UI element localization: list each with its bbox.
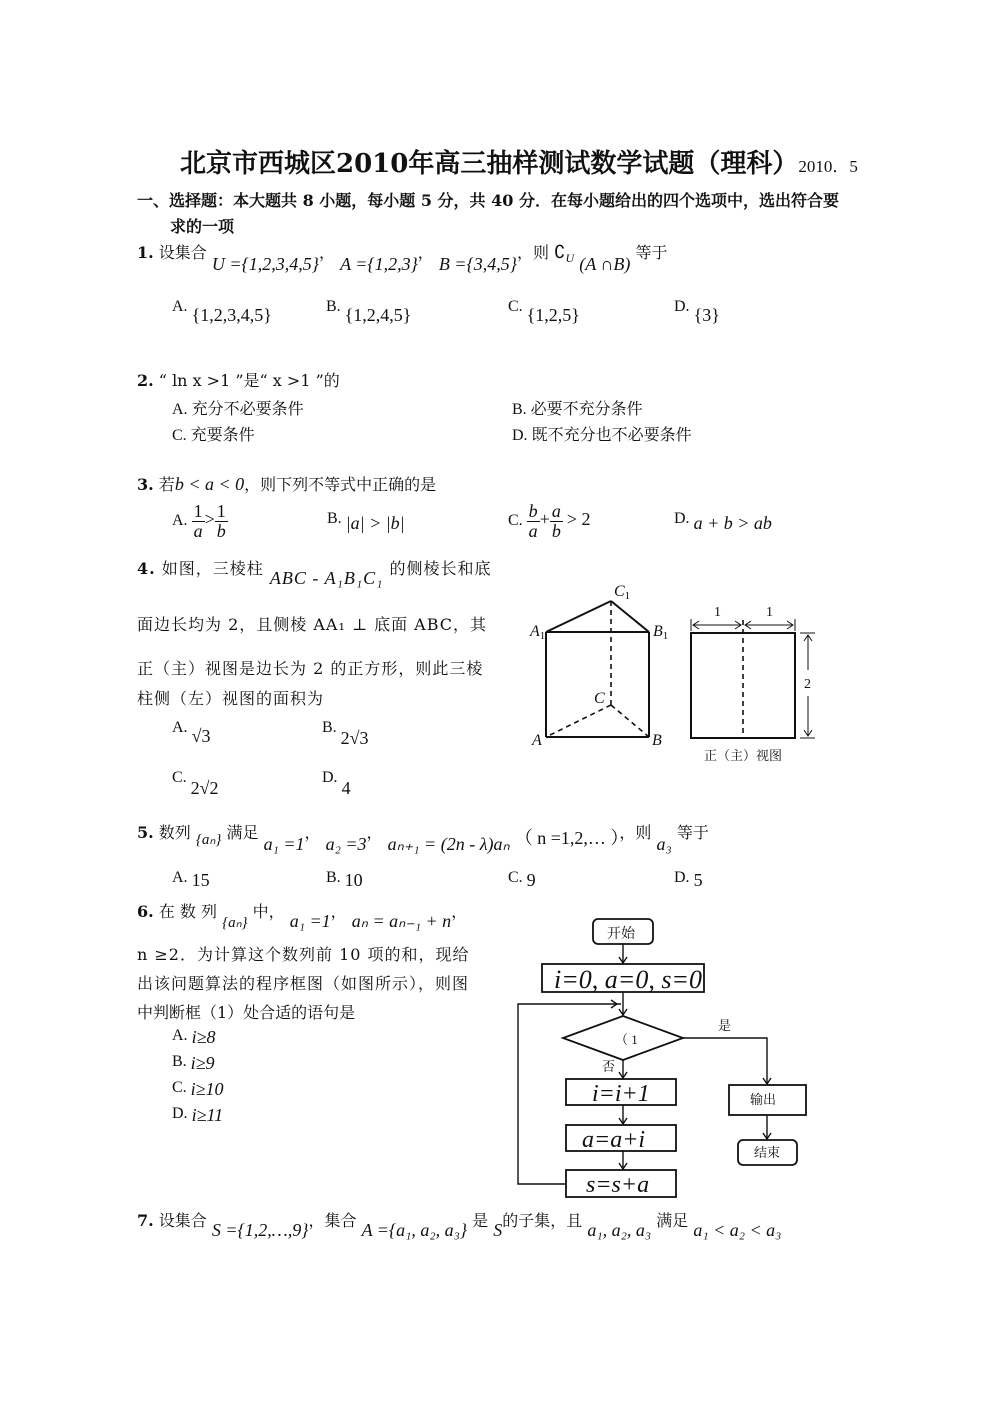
q6-option-c[interactable]: C. i≥10 <box>172 1076 224 1097</box>
stem-text: ，则 <box>517 243 549 262</box>
step-2-label: a=a+i <box>582 1127 645 1153</box>
intersection-expr: (A ∩B) <box>579 254 630 274</box>
option-label: B. <box>326 298 341 315</box>
numerator: 1 <box>192 502 205 522</box>
option-value: 9 <box>527 870 536 890</box>
recurrence-expr: aₙ₊₁ = (2n - λ)aₙ <box>388 834 510 854</box>
numerator: 1 <box>215 502 228 522</box>
front-view-width-left: 1 <box>714 605 721 620</box>
question-7-stem: 7. 设集合 S ={1,2,…,9}，集合 A ={a₁, a₂, a₃} 是… <box>137 1208 781 1231</box>
stem-text: ，则 <box>619 823 651 842</box>
option-label: C. <box>508 869 523 886</box>
question-1-stem: 1. 设集合 U ={1,2,3,4,5}， A ={1,2,3}， B ={3… <box>137 240 668 266</box>
q3-option-d[interactable]: D. a + b > ab <box>674 507 772 528</box>
operator: > <box>205 509 215 529</box>
option-value: {1,2,4,5} <box>345 305 412 325</box>
question-6-line3: 出该问题算法的程序框图（如图所示），则图 <box>137 971 469 994</box>
front-view-width-right: 1 <box>766 605 773 620</box>
option-label: C. <box>172 1079 187 1096</box>
stem-text: 在 数 列 <box>159 902 217 921</box>
output-label: 输出 <box>750 1092 776 1108</box>
question-number: 6. <box>137 902 154 921</box>
option-label: B. <box>172 1053 187 1070</box>
question-number: 7. <box>137 1211 154 1230</box>
q4-option-b[interactable]: B. 2√3 <box>322 716 369 737</box>
denominator: b <box>217 522 226 541</box>
init-label: i=0, a=0, s=0 <box>554 965 702 994</box>
q3-option-c[interactable]: C. ba+ab > 2 <box>508 502 590 541</box>
front-view-height: 2 <box>804 677 811 692</box>
q1-option-c[interactable]: C. {1,2,5} <box>508 295 580 316</box>
prism-figure: C1 A1 B1 C A B 1 1 2 正（主）视图 <box>520 580 840 770</box>
label-B1: B1 <box>653 623 668 642</box>
set-S-ref: S <box>493 1220 502 1240</box>
option-label: D. <box>674 869 690 886</box>
question-2-stem: 2. “ ln x >1 ”是“ x >1 ”的 <box>137 368 340 391</box>
question-4-line4: 柱侧（左）视图的面积为 <box>137 686 324 709</box>
label-A: A <box>531 732 542 749</box>
stem-text: 如图，三棱柱 <box>162 559 264 578</box>
question-number: 5. <box>137 823 154 842</box>
option-value: √3 <box>192 726 211 746</box>
stem-text: 等于 <box>677 823 709 842</box>
stem-text: ，则下列不等式中正确的是 <box>244 475 436 494</box>
option-value: {3} <box>694 305 720 325</box>
question-4-line3: 正（主）视图是边长为 2 的正方形，则此三棱 <box>137 656 483 679</box>
fraction: 1b <box>215 502 228 541</box>
decision-label: （ 1 <box>615 1032 638 1047</box>
title-main: 北京市西城区2010年高三抽样测试数学试题（理科） <box>180 149 798 179</box>
q5-option-d[interactable]: D. 5 <box>674 866 703 887</box>
step-3-label: s=s+a <box>586 1172 649 1198</box>
option-value: a + b > ab <box>694 513 772 533</box>
start-label: 开始 <box>607 926 636 942</box>
flowchart: 开始 i=0, a=0, s=0 （ 1 是 否 i=i+1 a=a+i s=s… <box>510 905 830 1205</box>
recurrence-expr: aₙ = aₙ₋₁ + n <box>352 911 451 931</box>
condition-expr: b < a < 0 <box>175 474 244 494</box>
condition-1: a₁ =1 <box>290 911 331 931</box>
numerator: b <box>527 502 540 522</box>
question-6-line2: n ≥2．为计算这个数列前 10 项的和，现给 <box>137 942 470 965</box>
option-value: 15 <box>192 870 210 890</box>
stem-text: ，集合 <box>308 1211 356 1230</box>
option-value: 充分不必要条件 <box>192 401 304 418</box>
stem-text: 的侧棱长和底 <box>389 559 491 578</box>
q1-option-b[interactable]: B. {1,2,4,5} <box>326 295 411 316</box>
option-label: A. <box>172 869 188 886</box>
q5-option-a[interactable]: A. 15 <box>172 866 210 887</box>
question-5-stem: 5. 数列 {aₙ} 满足 a₁ =1， a₂ =3， aₙ₊₁ = (2n -… <box>137 818 709 844</box>
step-1-label: i=i+1 <box>592 1081 650 1107</box>
stem-text: 设集合 <box>159 243 207 262</box>
option-label: B. <box>322 719 337 736</box>
end-label: 结束 <box>754 1145 780 1161</box>
option-value: 2√2 <box>191 778 219 798</box>
option-label: C. <box>172 427 187 444</box>
page-title: 北京市西城区2010年高三抽样测试数学试题（理科）2010．5 <box>180 143 858 180</box>
option-label: D. <box>674 510 690 527</box>
option-value: i≥8 <box>192 1027 216 1047</box>
prism-expr: ABC - A₁B₁C₁ <box>270 568 383 588</box>
option-value: 必要不充分条件 <box>531 401 643 418</box>
q2-option-a[interactable]: A. 充分不必要条件 <box>172 396 304 419</box>
question-number: 3. <box>137 475 154 494</box>
q5-option-b[interactable]: B. 10 <box>326 866 363 887</box>
fraction: 1a <box>192 502 205 541</box>
question-4-line1: 4. 如图，三棱柱 ABC - A₁B₁C₁ 的侧棱长和底 <box>137 556 491 579</box>
label-C: C <box>594 690 605 707</box>
option-label: A. <box>172 298 188 315</box>
complement-sub: U <box>566 251 575 265</box>
option-value: 既不充分也不必要条件 <box>532 427 692 444</box>
q6-option-d[interactable]: D. i≥11 <box>172 1102 223 1123</box>
option-label: C. <box>508 512 523 529</box>
question-4-line2: 面边长均为 2，且侧棱 AA₁ ⊥ 底面 ABC，其 <box>137 612 487 635</box>
stem-text: 的子集，且 <box>502 1211 582 1230</box>
question-number: 4. <box>137 559 156 578</box>
set-A: A ={a₁, a₂, a₃} <box>362 1220 468 1240</box>
stem-text: 满足 <box>656 1211 688 1230</box>
fraction: ba <box>527 502 540 541</box>
q6-option-b[interactable]: B. i≥9 <box>172 1050 215 1071</box>
q1-option-a[interactable]: A. {1,2,3,4,5} <box>172 295 272 316</box>
option-label: B. <box>326 869 341 886</box>
q4-option-c[interactable]: C. 2√2 <box>172 766 219 787</box>
sequence-expr: {aₙ} <box>196 832 221 848</box>
q4-option-a[interactable]: A. √3 <box>172 716 210 737</box>
question-6-line1: 6. 在 数 列 {aₙ} 中， a₁ =1， aₙ = aₙ₋₁ + n， <box>137 899 467 922</box>
q3-option-a[interactable]: A. 1a>1b <box>172 502 228 541</box>
option-label: A. <box>172 719 188 736</box>
sequence-expr: {aₙ} <box>222 915 247 931</box>
stem-text: 数列 <box>159 823 191 842</box>
yes-label: 是 <box>718 1019 731 1034</box>
front-view-caption: 正（主）视图 <box>704 749 782 764</box>
operator: + <box>540 509 550 529</box>
complement-symbol: ∁ <box>554 242 565 262</box>
option-label: C. <box>508 298 523 315</box>
condition-1: a₁ =1 <box>264 834 305 854</box>
option-value: i≥10 <box>191 1079 224 1099</box>
question-number: 1. <box>137 243 154 262</box>
stem-text: 满足 <box>226 823 258 842</box>
option-value: i≥9 <box>191 1053 215 1073</box>
label-A1: A1 <box>529 623 545 642</box>
stem-text: 若 <box>159 475 175 494</box>
elements-expr: a₁, a₂, a₃ <box>587 1220 651 1240</box>
rhs: > 2 <box>567 509 591 529</box>
option-label: D. <box>322 769 338 786</box>
stem-text: 设集合 <box>159 1211 207 1230</box>
section-header-line2: 求的一项 <box>170 214 234 237</box>
option-label: A. <box>172 512 188 529</box>
stem-text: 中， <box>253 902 285 921</box>
condition-2: a₂ =3 <box>326 834 367 854</box>
range-expr: （ n =1,2,… ） <box>515 828 620 848</box>
option-value: 4 <box>342 778 351 798</box>
q2-option-d[interactable]: D. 既不充分也不必要条件 <box>512 422 692 445</box>
target-expr: a₃ <box>657 834 672 854</box>
option-label: D. <box>674 298 690 315</box>
denominator: b <box>552 522 561 541</box>
set-U: U ={1,2,3,4,5} <box>212 254 319 274</box>
option-value: 充要条件 <box>191 427 255 444</box>
q5-option-c[interactable]: C. 9 <box>508 866 536 887</box>
option-label: B. <box>512 401 527 418</box>
denominator: a <box>529 522 538 541</box>
order-expr: a₁ < a₂ < a₃ <box>693 1220 781 1240</box>
option-label: D. <box>512 427 528 444</box>
set-B: B ={3,4,5} <box>439 254 517 274</box>
label-C1: C1 <box>614 583 630 602</box>
q1-option-d[interactable]: D. {3} <box>674 295 720 316</box>
q3-option-b[interactable]: B. |a| > |b| <box>327 507 405 528</box>
q4-option-d[interactable]: D. 4 <box>322 766 351 787</box>
set-A: A ={1,2,3} <box>340 254 418 274</box>
question-3-stem: 3. 若b < a < 0，则下列不等式中正确的是 <box>137 472 436 495</box>
option-label: B. <box>327 510 342 527</box>
question-number: 2. <box>137 371 154 390</box>
option-value: |a| > |b| <box>346 513 405 533</box>
option-value: 5 <box>694 870 703 890</box>
q2-option-c[interactable]: C. 充要条件 <box>172 422 255 445</box>
stem-text: “ ln x >1 ”是“ x >1 ”的 <box>159 371 340 390</box>
numerator: a <box>550 502 563 522</box>
option-label: A. <box>172 1027 188 1044</box>
section-header-line1: 一、选择题：本大题共 8 小题，每小题 5 分，共 40 分．在每小题给出的四个… <box>137 188 839 211</box>
option-value: 10 <box>345 870 363 890</box>
option-label: D. <box>172 1105 188 1122</box>
q6-option-a[interactable]: A. i≥8 <box>172 1024 215 1045</box>
set-S: S ={1,2,…,9} <box>212 1220 309 1240</box>
option-value: {1,2,5} <box>527 305 580 325</box>
fraction: ab <box>550 502 563 541</box>
denominator: a <box>194 522 203 541</box>
option-value: i≥11 <box>192 1105 224 1125</box>
q2-option-b[interactable]: B. 必要不充分条件 <box>512 396 643 419</box>
stem-text: 等于 <box>636 243 668 262</box>
option-value: {1,2,3,4,5} <box>192 305 272 325</box>
stem-text: 是 <box>472 1211 488 1230</box>
option-value: 2√3 <box>341 728 369 748</box>
no-label: 否 <box>602 1060 615 1075</box>
option-label: C. <box>172 769 187 786</box>
title-date: 2010．5 <box>798 157 858 176</box>
question-6-line4: 中判断框（1）处合适的语句是 <box>137 1000 355 1023</box>
option-label: A. <box>172 401 188 418</box>
label-B: B <box>652 732 662 749</box>
